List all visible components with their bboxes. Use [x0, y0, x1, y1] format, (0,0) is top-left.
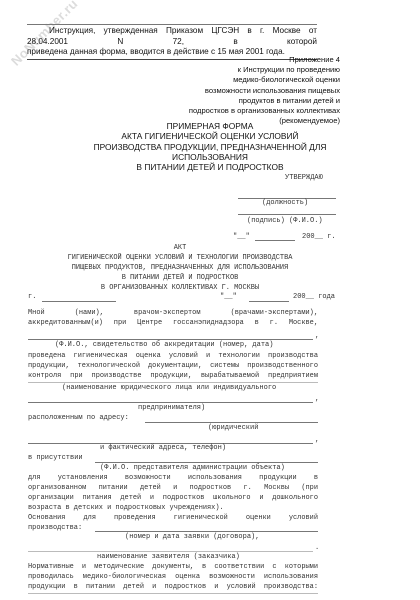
comma: ,	[315, 436, 319, 444]
appendix-line: к Инструкции по проведению	[120, 65, 340, 75]
legal-entity-caption: (наименование юридического лица или инди…	[62, 384, 276, 392]
act-line: В ОРГАНИЗОВАННЫХ КОЛЛЕКТИВАХ Г. МОСКВЫ	[50, 283, 310, 293]
act-line: АКТ	[50, 243, 310, 253]
approve-label: УТВЕРЖДАЮ	[285, 174, 323, 182]
text-line: организации питания детей и подростков ш…	[28, 493, 318, 503]
act-date-month-field[interactable]	[249, 301, 289, 302]
appendix-line: подростков в организованных коллективах	[120, 106, 340, 116]
position-caption: (должность)	[262, 199, 308, 207]
text-line: проведена гигиеническая оценка условий и…	[28, 351, 318, 361]
period: .	[315, 544, 319, 552]
act-date-year[interactable]: 200__ года	[293, 293, 335, 301]
expert-paragraph: Мной (нами), врачом-экспертом (врачами-э…	[28, 308, 318, 328]
applicant-caption: наименование заявителя (заказчика)	[97, 553, 240, 561]
act-heading: АКТ ГИГИЕНИЧЕСКОЙ ОЦЕНКИ УСЛОВИЙ И ТЕХНО…	[50, 243, 310, 293]
title-line: В ПИТАНИИ ДЕТЕЙ И ПОДРОСТКОВ	[60, 162, 360, 172]
assessment-paragraph: проведена гигиеническая оценка условий и…	[28, 351, 318, 381]
text-line: аккредитованным(и) при Центре госсанэпид…	[28, 318, 318, 328]
approval-date-month-field[interactable]	[255, 240, 295, 241]
approval-date-day[interactable]: "__"	[233, 233, 250, 241]
signature-field[interactable]	[238, 214, 336, 215]
expert-fio-field[interactable]	[28, 339, 313, 340]
representative-field[interactable]	[95, 462, 318, 463]
appendix-header: Приложение 4 к Инструкции по проведению …	[120, 55, 340, 126]
address-label: расположенным по адресу:	[28, 414, 129, 422]
text-line: продукции в питании детей и подростков и…	[28, 582, 318, 592]
text-line: продукции, технологической документации,…	[28, 361, 318, 371]
text-line: Нормативные и методические документы, в …	[28, 562, 318, 572]
applicant-field[interactable]	[28, 551, 313, 552]
representative-caption: (Ф.И.О. представителя администрации объе…	[100, 464, 285, 472]
application-field[interactable]	[95, 531, 318, 532]
appendix-line: Приложение 4	[120, 55, 340, 65]
appendix-line: продуктов в питании детей и	[120, 96, 340, 106]
text-line: контроля при производстве продукции, выр…	[28, 371, 318, 381]
entrepreneur-caption: предпринимателя)	[138, 404, 205, 412]
approval-date-year[interactable]: 200__ г.	[302, 233, 336, 241]
application-caption: (номер и дата заявки (договора),	[125, 533, 259, 541]
text-line: для установления возможности использован…	[28, 473, 318, 483]
legal-address-caption: (юридический	[208, 424, 258, 432]
title-line: ПРОИЗВОДСТВА ПРОДУКЦИИ, ПРЕДНАЗНАЧЕННОЙ …	[60, 142, 360, 163]
comma: ,	[315, 395, 319, 403]
form-title: ПРИМЕРНАЯ ФОРМА АКТА ГИГИЕНИЧЕСКОЙ ОЦЕНК…	[60, 121, 360, 172]
text-line: проводилась медико-биологическая оценка …	[28, 572, 318, 582]
text-line: Мной (нами), врачом-экспертом (врачами-э…	[28, 308, 318, 318]
appendix-line: медико-биологической оценки	[120, 75, 340, 85]
normative-docs-field[interactable]	[28, 593, 318, 594]
address-caption: и фактический адреса, телефон)	[100, 444, 226, 452]
city-prefix: г.	[28, 293, 36, 301]
act-line: ГИГИЕНИЧЕСКОЙ ОЦЕНКИ УСЛОВИЙ И ТЕХНОЛОГИ…	[50, 253, 310, 263]
fio-caption: (Ф.И.О., свидетельство об аккредитации (…	[55, 341, 273, 349]
act-line: ПИЩЕВЫХ ПРОДУКТОВ, ПРЕДНАЗНАЧЕННЫХ ДЛЯ И…	[50, 263, 310, 273]
comma: ,	[315, 332, 319, 340]
appendix-line: возможности использования пищевых	[120, 86, 340, 96]
notice-line-1: Инструкция, утвержденная Приказом ЦГСЭН …	[27, 26, 317, 47]
title-line: ПРИМЕРНАЯ ФОРМА	[60, 121, 360, 131]
address-field[interactable]	[145, 422, 318, 423]
text-line: Основания для проведения гигиенической о…	[28, 513, 318, 523]
signature-caption: (подпись) (Ф.И.О.)	[247, 217, 323, 225]
city-field[interactable]	[42, 301, 116, 302]
title-line: АКТА ГИГИЕНИЧЕСКОЙ ОЦЕНКИ УСЛОВИЙ	[60, 131, 360, 141]
presence-label: в присутствии	[28, 454, 83, 462]
purpose-paragraph: для установления возможности использован…	[28, 473, 318, 534]
text-line: организованном питании детей и подростко…	[28, 483, 318, 493]
act-line: В ПИТАНИИ ДЕТЕЙ И ПОДРОСТКОВ	[50, 273, 310, 283]
act-date-day[interactable]: "__"	[220, 293, 237, 301]
legal-entity-field-2[interactable]	[28, 402, 313, 403]
text-line: возраста в детских и подростковых учрежд…	[28, 503, 318, 513]
legal-entity-field[interactable]	[28, 382, 318, 383]
normative-docs-paragraph: Нормативные и методические документы, в …	[28, 562, 318, 592]
